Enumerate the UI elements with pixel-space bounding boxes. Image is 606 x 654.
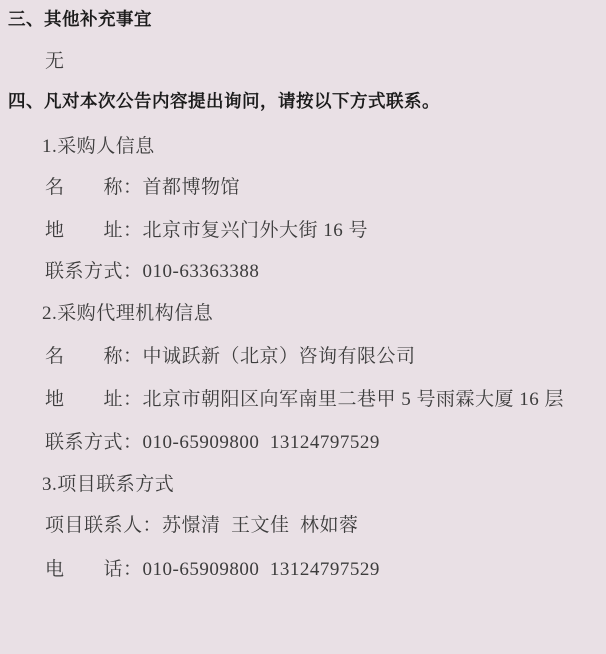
section-3-content: 无: [45, 51, 65, 74]
purchaser-contact-line: 联系方式：010-63363388: [45, 261, 259, 284]
agency-contact-line: 联系方式：010-65909800 13124797529: [45, 432, 380, 455]
project-contact-title: 3.项目联系方式: [42, 474, 174, 497]
section-3-heading: 三、其他补充事宜: [8, 9, 152, 30]
announcement-document: 三、其他补充事宜 无 四、凡对本次公告内容提出询问，请按以下方式联系。 1.采购…: [0, 0, 606, 654]
purchaser-address-line: 地 址：北京市复兴门外大街 16 号: [45, 220, 368, 243]
agency-name-line: 名 称：中诚跃新（北京）咨询有限公司: [45, 346, 416, 369]
section-4-heading: 四、凡对本次公告内容提出询问，请按以下方式联系。: [8, 91, 440, 112]
agency-info-title: 2.采购代理机构信息: [42, 303, 213, 326]
agency-address-line: 地 址：北京市朝阳区向军南里二巷甲 5 号雨霖大厦 16 层: [45, 389, 564, 412]
purchaser-info-title: 1.采购人信息: [42, 136, 155, 159]
project-contacts-line: 项目联系人：苏憬清 王文佳 林如蓉: [45, 515, 359, 538]
project-phone-line: 电 话：010-65909800 13124797529: [45, 559, 380, 582]
purchaser-name-line: 名 称：首都博物馆: [45, 177, 240, 200]
